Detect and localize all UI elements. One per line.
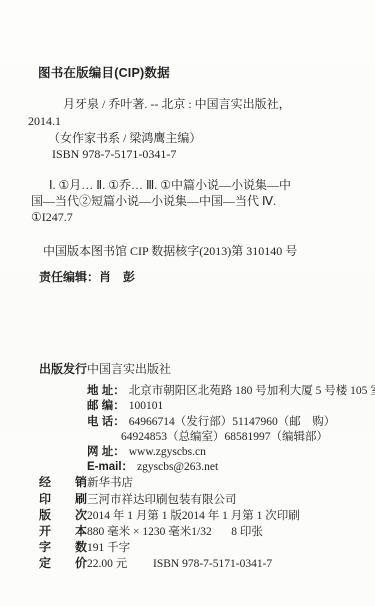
format-size: 880 毫米 × 1230 毫米 [87, 525, 191, 540]
website-value: www.zgyscbs.cn [129, 445, 206, 460]
phone-row-2: 64924853（总编室） 68581997（编辑部） [39, 430, 375, 445]
printing-label: 印 刷 [39, 492, 87, 507]
copyright-page: 图书在版编目(CIP)数据 月牙泉 / 乔叶著. -- 北京 : 中国言实出版社… [0, 0, 375, 606]
email-label: E-mail： [87, 460, 133, 475]
price-isbn: ISBN 978-7-5171-0341-7 [153, 557, 272, 572]
edition-row: 版 次 2014 年 1 月第 1 版 2014 年 1 月第 1 次印刷 [39, 508, 375, 524]
cip-description: 月牙泉 / 乔叶著. -- 北京 : 中国言实出版社， 2014.1 （女作家书… [28, 96, 291, 163]
publisher-label: 出版发行 [39, 362, 87, 377]
responsible-editor-label: 责任编辑： [39, 270, 99, 284]
distribution-row: 经 销 新华书店 [39, 475, 375, 491]
responsible-editor: 责任编辑：肖 彭 [39, 268, 135, 285]
format-sheets: 8 印张 [231, 525, 263, 540]
phone-mail-order: 51147960（邮 购） [232, 415, 335, 430]
printing-value: 三河市祥达印刷包装有限公司 [87, 493, 237, 508]
distribution-value: 新华书店 [87, 476, 133, 491]
classification-line-3: ①I247.7 [31, 210, 291, 226]
format-fraction: 1/32 [191, 525, 231, 540]
classification-line-2: 国—当代②短篇小说—小说集—中国—当代 Ⅳ. [31, 194, 291, 210]
price-row: 定 价 22.00 元 ISBN 978-7-5171-0341-7 [39, 556, 375, 572]
website-row: 网 址： www.zgyscbs.cn [39, 445, 375, 460]
cip-header: 图书在版编目(CIP)数据 [38, 63, 170, 81]
website-label: 网 址： [87, 445, 125, 460]
publisher-row: 出版发行 中国言实出版社 [39, 362, 375, 377]
postcode-value: 100101 [129, 399, 164, 414]
cip-year-line: 2014.1 [28, 113, 291, 130]
price-label: 定 价 [39, 556, 87, 571]
email-row: E-mail： zgyscbs@263.net [39, 460, 375, 475]
cip-registry-number: 中国版本图书馆 CIP 数据核字(2013)第 310140 号 [43, 242, 297, 259]
publication-info: 出版发行 中国言实出版社 地 址： 北京市朝阳区北苑路 180 号加利大厦 5 … [39, 362, 375, 573]
responsible-editor-name: 肖 彭 [99, 270, 135, 284]
phone-distribution-dept: 64966714（发行部） [129, 415, 233, 430]
cip-title-line: 月牙泉 / 乔叶著. -- 北京 : 中国言实出版社， [28, 96, 291, 113]
address-row: 地 址： 北京市朝阳区北苑路 180 号加利大厦 5 号楼 105 室 [39, 384, 375, 399]
price-value: 22.00 元 [87, 557, 153, 572]
publisher-name: 中国言实出版社 [87, 362, 171, 377]
phone-row-1: 电 话： 64966714（发行部） 51147960（邮 购） [39, 415, 375, 430]
classification-line-1: Ⅰ. ①月… Ⅱ. ①乔… Ⅲ. ①中篇小说—小说集—中 [31, 178, 291, 194]
format-row: 开 本 880 毫米 × 1230 毫米 1/32 8 印张 [39, 524, 375, 540]
phone-editorial-office: 64924853（总编室） [121, 430, 225, 445]
postcode-row: 邮 编： 100101 [39, 399, 375, 414]
impression-value: 2014 年 1 月第 1 次印刷 [182, 509, 300, 524]
format-label: 开 本 [39, 524, 87, 539]
wordcount-row: 字 数 191 千字 [39, 540, 375, 556]
edition-label: 版 次 [39, 508, 87, 523]
email-value: zgyscbs@263.net [137, 460, 218, 475]
postcode-label: 邮 编： [87, 399, 125, 414]
phone-label: 电 话： [87, 415, 125, 430]
wordcount-value: 191 千字 [87, 541, 130, 556]
edition-value: 2014 年 1 月第 1 版 [87, 509, 182, 524]
cip-series-line: （女作家书系 / 梁鸿鹰主编） [28, 130, 291, 147]
cip-isbn-line: ISBN 978-7-5171-0341-7 [28, 146, 291, 163]
address-label: 地 址： [87, 384, 125, 399]
printing-row: 印 刷 三河市祥达印刷包装有限公司 [39, 492, 375, 508]
address-value: 北京市朝阳区北苑路 180 号加利大厦 5 号楼 105 室 [129, 384, 375, 399]
cip-classification: Ⅰ. ①月… Ⅱ. ①乔… Ⅲ. ①中篇小说—小说集—中 国—当代②短篇小说—小… [31, 178, 291, 225]
phone-editing-dept: 68581997（编辑部） [225, 430, 329, 445]
wordcount-label: 字 数 [39, 540, 87, 555]
distribution-label: 经 销 [39, 475, 87, 490]
